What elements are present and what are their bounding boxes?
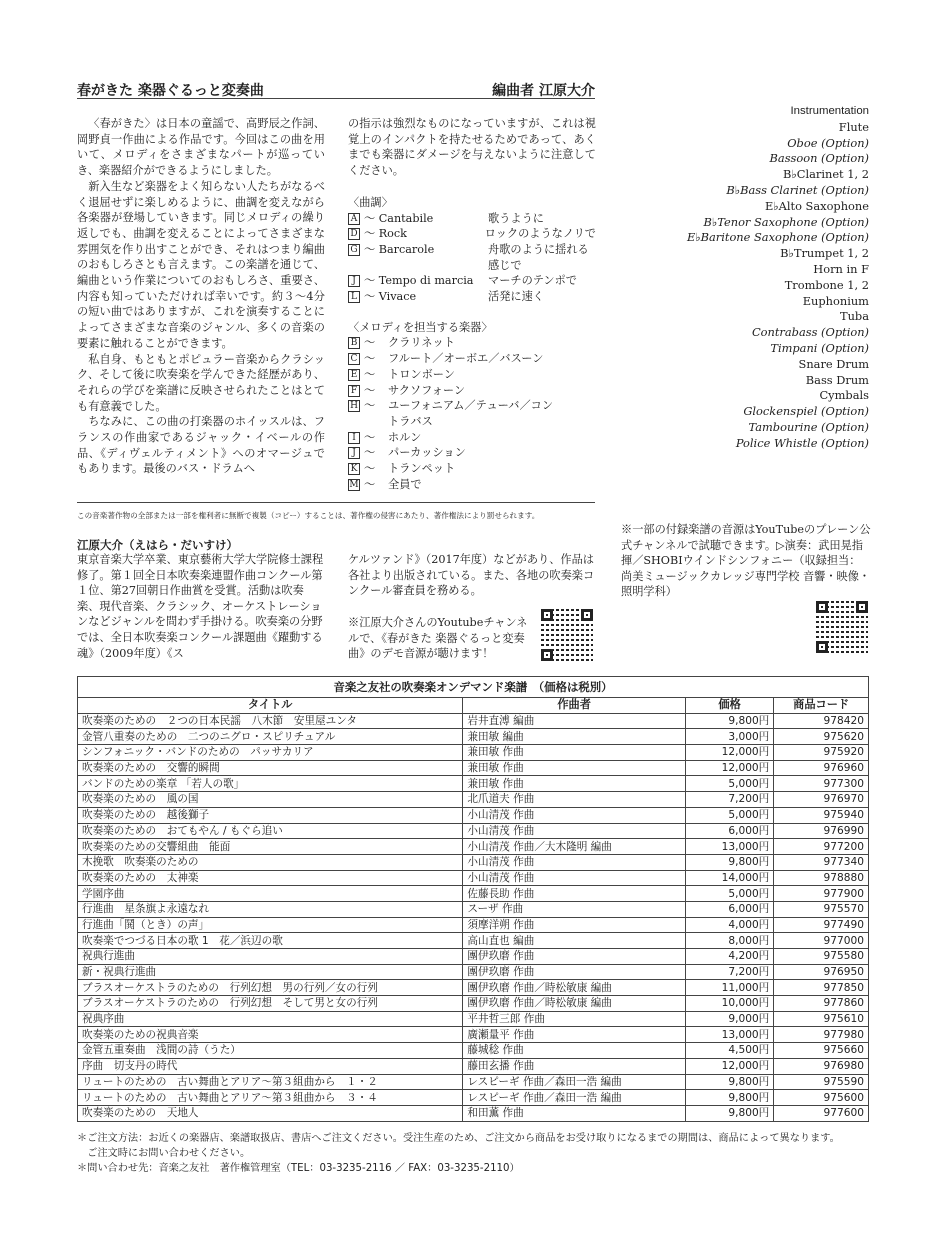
instrument: Snare Drum	[687, 357, 869, 373]
tempo-desc: 活発に速く	[488, 289, 544, 305]
table-row: 吹奏楽のための 越後獅子小山清茂 作曲5,000円975940	[78, 807, 869, 823]
cell-price: 14,000円	[685, 870, 773, 886]
cell-price: 7,200円	[685, 792, 773, 808]
cell-title: ブラスオーケストラのための 行列幻想 そして男と女の行列	[78, 996, 463, 1012]
cell-title: 行進曲「鬨（とき）の声」	[78, 917, 463, 933]
table-row: 行進曲「鬨（とき）の声」須摩洋朔 作曲4,000円977490	[78, 917, 869, 933]
table-row: 木挽歌 吹奏楽のための小山清茂 作曲9,800円977340	[78, 854, 869, 870]
cell-title: リュートのための 古い舞曲とアリア～第３組曲から ３・４	[78, 1090, 463, 1106]
cell-composer: 藤城稔 作曲	[463, 1043, 685, 1059]
cell-composer: 兼田敏 作曲	[463, 776, 685, 792]
cell-code: 977860	[774, 996, 869, 1012]
cell-composer: 團伊玖磨 作曲／時松敏康 編曲	[463, 996, 685, 1012]
cell-title: 吹奏楽のための 交響的瞬間	[78, 760, 463, 776]
cell-price: 12,000円	[685, 760, 773, 776]
cell-composer: スーザ 作曲	[463, 901, 685, 917]
cell-code: 976950	[774, 964, 869, 980]
cell-title: 序曲 切支丹の時代	[78, 1058, 463, 1074]
cell-title: 吹奏楽のための ２つの日本民謡 八木節 安里屋ユンタ	[78, 713, 463, 729]
table-row: リュートのための 古い舞曲とアリア～第３組曲から １・２レスピーギ 作曲／森田一…	[78, 1074, 869, 1090]
cell-composer: 高山直也 編曲	[463, 933, 685, 949]
table-row: ブラスオーケストラのための 行列幻想 そして男と女の行列團伊玖磨 作曲／時松敏康…	[78, 996, 869, 1012]
cell-price: 6,000円	[685, 901, 773, 917]
melody-instrument: トロンボーン	[388, 367, 455, 383]
tilde: ～	[364, 383, 388, 399]
cell-title: ブラスオーケストラのための 行列幻想 男の行列／女の行列	[78, 980, 463, 996]
cell-title: 金管五重奏曲 浅間の詩（うた）	[78, 1043, 463, 1059]
rehearsal-mark: M	[348, 479, 360, 491]
cell-code: 975570	[774, 901, 869, 917]
cell-price: 9,800円	[685, 1105, 773, 1121]
intro-column-2: の指示は強烈なものになっていますが、これは視覚上のインパクトを持たせるためであっ…	[348, 116, 596, 492]
column-header-title: タイトル	[78, 698, 463, 714]
tilde: ～	[364, 351, 388, 367]
cell-composer: 廣瀬量平 作曲	[463, 1027, 685, 1043]
table-row: 吹奏楽でつづる日本の歌 1 花／浜辺の歌高山直也 編曲8,000円977000	[78, 933, 869, 949]
instrument-optional: Police Whistle (Option)	[687, 436, 869, 452]
tempo-desc: マーチのテンポで	[488, 273, 577, 289]
table-row: 学園序曲佐藤長助 作曲5,000円977900	[78, 886, 869, 902]
order-notes: ＊ご注文方法：お近くの楽器店、楽譜取扱店、書店へご注文ください。受注生産のため、…	[77, 1131, 840, 1176]
cell-title: バンドのための楽章 「若人の歌」	[78, 776, 463, 792]
divider	[77, 502, 595, 503]
instrumentation-list: Instrumentation Flute Oboe (Option) Bass…	[687, 104, 869, 452]
tempo-item: G～ Barcarole 舟歌のように揺れる感じで	[348, 242, 596, 273]
qr-finder	[856, 601, 868, 613]
table-row: ブラスオーケストラのための 行列幻想 男の行列／女の行列團伊玖磨 作曲／時松敏康…	[78, 980, 869, 996]
melody-instrument: ホルン	[388, 430, 421, 446]
catalog-table: 音楽之友社の吹奏楽オンデマンド楽譜 （価格は税別） タイトル 作曲者 価格 商品…	[77, 676, 869, 1122]
cell-code: 977980	[774, 1027, 869, 1043]
cell-composer: レスピーギ 作曲／森田一浩 編曲	[463, 1090, 685, 1106]
note-line: ＊問い合わせ先：音楽之友社 著作権管理室（TEL：03-3235-2116 ／ …	[77, 1161, 840, 1176]
melody-item: B～クラリネット	[348, 335, 596, 351]
cell-title: リュートのための 古い舞曲とアリア～第３組曲から １・２	[78, 1074, 463, 1090]
instrument: B♭Clarinet 1, 2	[687, 167, 869, 183]
cell-price: 13,000円	[685, 839, 773, 855]
cell-title: 吹奏楽のための 風の国	[78, 792, 463, 808]
cell-composer: 小山清茂 作曲	[463, 823, 685, 839]
cell-code: 977850	[774, 980, 869, 996]
melody-list: B～クラリネット C～フルート／オーボエ／バスーン E～トロンボーン F～サクソ…	[348, 335, 596, 492]
table-row: 序曲 切支丹の時代藤田玄播 作曲12,000円976980	[78, 1058, 869, 1074]
rehearsal-mark: J	[348, 447, 360, 459]
table-header: タイトル 作曲者 価格 商品コード	[78, 698, 869, 714]
instrument-optional: Contrabass (Option)	[687, 325, 869, 341]
table-row: シンフォニック・バンドのための パッサカリア兼田敏 作曲12,000円97592…	[78, 745, 869, 761]
cell-code: 976960	[774, 760, 869, 776]
table-row: 吹奏楽のための 太神楽小山清茂 作曲14,000円978880	[78, 870, 869, 886]
instrument-optional: Oboe (Option)	[687, 136, 869, 152]
tempo-list: A～ Cantabile 歌うように D～ Rock ロックのようなノリで G～…	[348, 211, 596, 305]
copyright-notice: この音楽著作物の全部または一部を権利者に無断で複製（コピー）することは、著作権の…	[77, 510, 539, 521]
bio-text-1: 東京音楽大学卒業、東京藝術大学大学院修士課程修了。第１回全日本吹奏楽連盟作曲コン…	[77, 552, 325, 661]
cell-price: 11,000円	[685, 980, 773, 996]
cell-title: 木挽歌 吹奏楽のための	[78, 854, 463, 870]
melody-item: F～サクソフォーン	[348, 383, 596, 399]
instrument-optional: B♭Bass Clarinet (Option)	[687, 183, 869, 199]
tempo-name: ～ Barcarole	[364, 242, 434, 273]
cell-price: 9,800円	[685, 713, 773, 729]
cell-title: 学園序曲	[78, 886, 463, 902]
cell-price: 12,000円	[685, 1058, 773, 1074]
instrument-optional: E♭Baritone Saxophone (Option)	[687, 230, 869, 246]
instrument-optional: Glockenspiel (Option)	[687, 404, 869, 420]
tilde: ～	[364, 445, 388, 461]
cell-title: 吹奏楽のための 太神楽	[78, 870, 463, 886]
qr-finder	[541, 649, 553, 661]
cell-price: 5,000円	[685, 807, 773, 823]
cell-code: 977200	[774, 839, 869, 855]
tempo-desc: 舟歌のように揺れる感じで	[488, 242, 596, 273]
tilde: ～	[364, 367, 388, 383]
cell-title: 金管八重奏のための 二つのニグロ・スピリチュアル	[78, 729, 463, 745]
table-row: バンドのための楽章 「若人の歌」兼田敏 作曲5,000円977300	[78, 776, 869, 792]
cell-title: 祝典行進曲	[78, 949, 463, 965]
cell-price: 4,500円	[685, 1043, 773, 1059]
cell-price: 9,800円	[685, 1090, 773, 1106]
cell-composer: 小山清茂 作曲／大木隆明 編曲	[463, 839, 685, 855]
cell-price: 5,000円	[685, 886, 773, 902]
rehearsal-mark: L	[348, 291, 360, 303]
instrument: Euphonium	[687, 294, 869, 310]
qr-code-youtube[interactable]	[541, 609, 593, 661]
intro-paragraph: 私自身、もともとポピュラー音楽からクラシック、そして後に吹奏楽を学んできた経歴が…	[77, 352, 325, 415]
melody-instrument: フルート／オーボエ／バスーン	[388, 351, 543, 367]
melody-instrument: 全員で	[388, 477, 422, 493]
cell-price: 4,000円	[685, 917, 773, 933]
cell-code: 976980	[774, 1058, 869, 1074]
cell-title: 吹奏楽のための おてもやん / もぐら追い	[78, 823, 463, 839]
melody-item: I～ホルン	[348, 430, 596, 446]
tempo-item: A～ Cantabile 歌うように	[348, 211, 596, 227]
rehearsal-mark: B	[348, 337, 360, 349]
table-row: 吹奏楽のための 風の国北爪道夫 作曲7,200円976970	[78, 792, 869, 808]
intro-continuation: の指示は強烈なものになっていますが、これは視覚上のインパクトを持たせるためであっ…	[348, 116, 596, 179]
cell-price: 9,800円	[685, 1074, 773, 1090]
cell-price: 6,000円	[685, 823, 773, 839]
tilde: ～	[364, 335, 388, 351]
melody-instrument: サクソフォーン	[388, 383, 465, 399]
qr-finder	[581, 609, 593, 621]
tempo-desc: ロックのようなノリで	[485, 226, 596, 242]
table-row: リュートのための 古い舞曲とアリア～第３組曲から ３・４レスピーギ 作曲／森田一…	[78, 1090, 869, 1106]
cell-title: 新・祝典行進曲	[78, 964, 463, 980]
cell-price: 8,000円	[685, 933, 773, 949]
tempo-name: ～ Vivace	[364, 289, 416, 305]
table-row: 吹奏楽のための祝典音楽廣瀬量平 作曲13,000円977980	[78, 1027, 869, 1043]
instrument: Tuba	[687, 309, 869, 325]
instrument: Cymbals	[687, 388, 869, 404]
cell-code: 975590	[774, 1074, 869, 1090]
cell-composer: 團伊玖磨 作曲／時松敏康 編曲	[463, 980, 685, 996]
cell-title: 吹奏楽のための祝典音楽	[78, 1027, 463, 1043]
rehearsal-mark: K	[348, 463, 360, 475]
cell-code: 975580	[774, 949, 869, 965]
page-header: 春がきた 楽器ぐるっと変奏曲 編曲者 江原大介	[77, 80, 595, 99]
rehearsal-mark: F	[348, 385, 360, 397]
tempo-name: ～ Cantabile	[364, 211, 433, 227]
cell-code: 977490	[774, 917, 869, 933]
instrument: B♭Trumpet 1, 2	[687, 246, 869, 262]
rehearsal-mark: J	[348, 275, 360, 287]
cell-price: 12,000円	[685, 745, 773, 761]
cell-composer: 藤田玄播 作曲	[463, 1058, 685, 1074]
cell-title: 吹奏楽でつづる日本の歌 1 花／浜辺の歌	[78, 933, 463, 949]
cell-composer: 兼田敏 編曲	[463, 729, 685, 745]
table-row: 祝典行進曲團伊玖磨 作曲4,200円975580	[78, 949, 869, 965]
rehearsal-mark: E	[348, 369, 360, 381]
table-row: 吹奏楽のための交響組曲 能面小山清茂 作曲／大木隆明 編曲13,000円9772…	[78, 839, 869, 855]
cell-title: 祝典序曲	[78, 1011, 463, 1027]
melody-heading: 〈メロディを担当する楽器〉	[348, 320, 596, 336]
cell-code: 975610	[774, 1011, 869, 1027]
tempo-heading: 〈曲調〉	[348, 195, 596, 211]
melody-instrument: クラリネット	[388, 335, 455, 351]
qr-code-audio[interactable]	[816, 601, 868, 653]
cell-composer: 平井哲三郎 作曲	[463, 1011, 685, 1027]
cell-code: 975620	[774, 729, 869, 745]
rehearsal-mark: I	[348, 432, 360, 444]
cell-composer: 小山清茂 作曲	[463, 807, 685, 823]
rehearsal-mark: D	[348, 228, 360, 240]
melody-instrument: ユーフォニアム／テューバ／コントラバス	[388, 398, 558, 429]
cell-price: 7,200円	[685, 964, 773, 980]
cell-code: 976990	[774, 823, 869, 839]
instrument: Bass Drum	[687, 373, 869, 389]
melody-instrument: トランペット	[388, 461, 455, 477]
tempo-name: ～ Tempo di marcia	[364, 273, 473, 289]
tilde: ～	[364, 477, 388, 493]
melody-instrument: パーカッション	[388, 445, 466, 461]
cell-composer: 北爪道夫 作曲	[463, 792, 685, 808]
cell-price: 9,000円	[685, 1011, 773, 1027]
tilde: ～	[364, 398, 388, 429]
cell-composer: 團伊玖磨 作曲	[463, 964, 685, 980]
rehearsal-mark: H	[348, 400, 360, 412]
bio-text-2: ケルツァンド》（2017年度）などがあり、作品は各社より出版されている。また、各…	[348, 552, 596, 599]
cell-code: 977900	[774, 886, 869, 902]
column-header-price: 価格	[685, 698, 773, 714]
cell-code: 977340	[774, 854, 869, 870]
cell-code: 977600	[774, 1105, 869, 1121]
column-header-code: 商品コード	[774, 698, 869, 714]
table-row: 行進曲 星条旗よ永遠なれスーザ 作曲6,000円975570	[78, 901, 869, 917]
cell-price: 13,000円	[685, 1027, 773, 1043]
instrument-optional: Timpani (Option)	[687, 341, 869, 357]
arranger-credit: 編曲者 江原大介	[492, 80, 595, 100]
note-line: ご注文時にお問い合わせください。	[77, 1146, 840, 1161]
cell-code: 978420	[774, 713, 869, 729]
cell-composer: 團伊玖磨 作曲	[463, 949, 685, 965]
table-row: 新・祝典行進曲團伊玖磨 作曲7,200円976950	[78, 964, 869, 980]
instrument: Trombone 1, 2	[687, 278, 869, 294]
tempo-item: D～ Rock ロックのようなノリで	[348, 226, 596, 242]
cell-composer: 小山清茂 作曲	[463, 854, 685, 870]
cell-code: 976970	[774, 792, 869, 808]
tempo-name: ～ Rock	[364, 226, 407, 242]
tilde: ～	[364, 430, 388, 446]
page-title: 春がきた 楽器ぐるっと変奏曲	[77, 80, 264, 100]
rehearsal-mark: A	[348, 213, 360, 225]
catalog-body: 吹奏楽のための ２つの日本民謡 八木節 安里屋ユンタ岩井直溥 編曲9,800円9…	[78, 713, 869, 1121]
cell-code: 975920	[774, 745, 869, 761]
cell-code: 978880	[774, 870, 869, 886]
cell-composer: 須摩洋朔 作曲	[463, 917, 685, 933]
cell-code: 977300	[774, 776, 869, 792]
cell-title: 吹奏楽のための 天地人	[78, 1105, 463, 1121]
youtube-note: ※江原大介さんのYoutubeチャンネルで、《春がきた 楽器ぐるっと変奏曲》のデ…	[348, 615, 534, 662]
bio-name: 江原大介（えはら・だいすけ）	[77, 537, 238, 553]
instrument-optional: Bassoon (Option)	[687, 151, 869, 167]
instrument: E♭Alto Saxophone	[687, 199, 869, 215]
qr-finder	[541, 609, 553, 621]
instrument-optional: Tambourine (Option)	[687, 420, 869, 436]
cell-code: 975940	[774, 807, 869, 823]
qr-finder	[816, 641, 828, 653]
melody-item: H～ユーフォニアム／テューバ／コントラバス	[348, 398, 596, 429]
melody-item: J～パーカッション	[348, 445, 596, 461]
tempo-desc: 歌うように	[488, 211, 544, 227]
intro-paragraph: 〈春がきた〉は日本の童謡で、高野辰之作詞、岡野貞一作曲による作品です。今回はこの…	[77, 116, 325, 179]
catalog-caption: 音楽之友社の吹奏楽オンデマンド楽譜 （価格は税別）	[78, 677, 869, 698]
cell-price: 4,200円	[685, 949, 773, 965]
tilde: ～	[364, 461, 388, 477]
cell-price: 5,000円	[685, 776, 773, 792]
instrument-optional: B♭Tenor Saxophone (Option)	[687, 215, 869, 231]
cell-composer: 小山清茂 作曲	[463, 870, 685, 886]
cell-price: 10,000円	[685, 996, 773, 1012]
qr-finder	[816, 601, 828, 613]
intro-paragraph: 新入生など楽器をよく知らない人たちがなるべく退屈せずに楽しめるように、曲調を変え…	[77, 179, 325, 352]
cell-composer: 兼田敏 作曲	[463, 760, 685, 776]
cell-price: 9,800円	[685, 854, 773, 870]
table-row: 金管五重奏曲 浅間の詩（うた）藤城稔 作曲4,500円975660	[78, 1043, 869, 1059]
cell-title: 吹奏楽のための交響組曲 能面	[78, 839, 463, 855]
tempo-item: L～ Vivace 活発に速く	[348, 289, 596, 305]
table-row: 吹奏楽のための 交響的瞬間兼田敏 作曲12,000円976960	[78, 760, 869, 776]
table-row: 吹奏楽のための ２つの日本民謡 八木節 安里屋ユンタ岩井直溥 編曲9,800円9…	[78, 713, 869, 729]
table-row: 吹奏楽のための おてもやん / もぐら追い小山清茂 作曲6,000円976990	[78, 823, 869, 839]
instrumentation-heading: Instrumentation	[687, 104, 869, 120]
table-row: 金管八重奏のための 二つのニグロ・スピリチュアル兼田敏 編曲3,000円9756…	[78, 729, 869, 745]
cell-code: 977000	[774, 933, 869, 949]
tempo-item: J～ Tempo di marcia マーチのテンポで	[348, 273, 596, 289]
melody-item: C～フルート／オーボエ／バスーン	[348, 351, 596, 367]
cell-code: 975660	[774, 1043, 869, 1059]
column-header-composer: 作曲者	[463, 698, 685, 714]
cell-title: 吹奏楽のための 越後獅子	[78, 807, 463, 823]
cell-composer: レスピーギ 作曲／森田一浩 編曲	[463, 1074, 685, 1090]
cell-composer: 佐藤長助 作曲	[463, 886, 685, 902]
audio-note: ※一部の付録楽譜の音源はYouTubeのプレーン公式チャンネルで試聴できます。▷…	[621, 522, 871, 600]
cell-composer: 岩井直溥 編曲	[463, 713, 685, 729]
instrument: Flute	[687, 120, 869, 136]
melody-item: K～トランペット	[348, 461, 596, 477]
cell-title: 行進曲 星条旗よ永遠なれ	[78, 901, 463, 917]
intro-column-1: 〈春がきた〉は日本の童謡で、高野辰之作詞、岡野貞一作曲による作品です。今回はこの…	[77, 116, 325, 477]
rehearsal-mark: C	[348, 353, 360, 365]
rehearsal-mark: G	[348, 244, 360, 256]
cell-price: 3,000円	[685, 729, 773, 745]
table-row: 祝典序曲平井哲三郎 作曲9,000円975610	[78, 1011, 869, 1027]
intro-paragraph: ちなみに、この曲の打楽器のホイッスルは、フランスの作曲家であるジャック・イベール…	[77, 414, 325, 477]
instrument: Horn in F	[687, 262, 869, 278]
melody-item: M～全員で	[348, 477, 596, 493]
table-row: 吹奏楽のための 天地人和田薫 作曲9,800円977600	[78, 1105, 869, 1121]
cell-composer: 兼田敏 作曲	[463, 745, 685, 761]
note-line: ＊ご注文方法：お近くの楽器店、楽譜取扱店、書店へご注文ください。受注生産のため、…	[77, 1131, 840, 1146]
cell-code: 975600	[774, 1090, 869, 1106]
cell-title: シンフォニック・バンドのための パッサカリア	[78, 745, 463, 761]
cell-composer: 和田薫 作曲	[463, 1105, 685, 1121]
melody-item: E～トロンボーン	[348, 367, 596, 383]
